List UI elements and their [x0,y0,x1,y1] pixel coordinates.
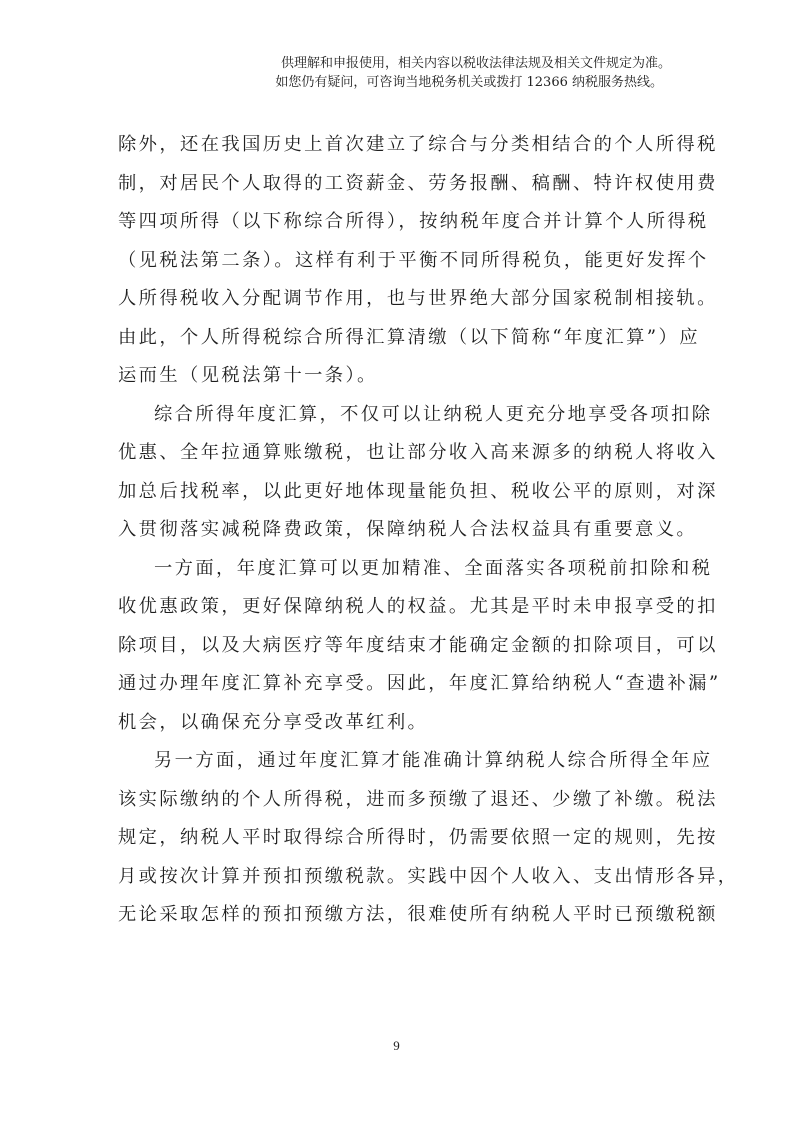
paragraph-3: 一方面，年度汇算可以更加精准、全面落实各项税前扣除和税 收优惠政策，更好保障纳税… [118,550,680,743]
text-line: 加总后找税率，以此更好地体现量能负担、税收公平的原则，对深 [118,473,680,512]
text-line: （见税法第二条）。这样有利于平衡不同所得税负，能更好发挥个 [118,242,680,281]
text-line: 等四项所得（以下称综合所得），按纳税年度合并计算个人所得税 [118,203,680,242]
text-line: 综合所得年度汇算，不仅可以让纳税人更充分地享受各项扣除 [118,396,680,435]
text-line: 除项目，以及大病医疗等年度结束才能确定金额的扣除项目，可以 [118,627,680,666]
text-line: 由此，个人所得税综合所得汇算清缴（以下简称“年度汇算”）应 [118,319,680,358]
text-line: 人所得税收入分配调节作用，也与世界绝大部分国家税制相接轨。 [118,280,680,319]
text-line: 通过办理年度汇算补充享受。因此，年度汇算给纳税人“查遗补漏” [118,665,680,704]
page-number: 9 [0,1038,793,1054]
page-header-disclaimer: 供理解和申报使用，相关内容以税收法律法规及相关文件规定为准。 如您仍有疑问，可咨… [275,54,671,92]
text-line: 另一方面，通过年度汇算才能准确计算纳税人综合所得全年应 [118,742,680,781]
text-line: 优惠、全年拉通算账缴税，也让部分收入高来源多的纳税人将收入 [118,434,680,473]
paragraph-2: 综合所得年度汇算，不仅可以让纳税人更充分地享受各项扣除 优惠、全年拉通算账缴税，… [118,396,680,550]
text-line: 月或按次计算并预扣预缴税款。实践中因个人收入、支出情形各异， [118,858,680,897]
text-line: 运而生（见税法第十一条）。 [118,357,680,396]
text-line: 该实际缴纳的个人所得税，进而多预缴了退还、少缴了补缴。税法 [118,781,680,820]
document-body: 除外，还在我国历史上首次建立了综合与分类相结合的个人所得税 制，对居民个人取得的… [118,126,680,935]
text-line: 收优惠政策，更好保障纳税人的权益。尤其是平时未申报享受的扣 [118,588,680,627]
header-line-2: 如您仍有疑问，可咨询当地税务机关或拨打 12366 纳税服务热线。 [275,73,671,92]
text-line: 一方面，年度汇算可以更加精准、全面落实各项税前扣除和税 [118,550,680,589]
text-line: 入贯彻落实减税降费政策，保障纳税人合法权益具有重要意义。 [118,511,680,550]
paragraph-1: 除外，还在我国历史上首次建立了综合与分类相结合的个人所得税 制，对居民个人取得的… [118,126,680,396]
header-line-1: 供理解和申报使用，相关内容以税收法律法规及相关文件规定为准。 [275,54,671,73]
paragraph-4: 另一方面，通过年度汇算才能准确计算纳税人综合所得全年应 该实际缴纳的个人所得税，… [118,742,680,935]
text-line: 机会，以确保充分享受改革红利。 [118,704,680,743]
text-line: 规定，纳税人平时取得综合所得时，仍需要依照一定的规则，先按 [118,819,680,858]
text-line: 除外，还在我国历史上首次建立了综合与分类相结合的个人所得税 [118,126,680,165]
text-line: 无论采取怎样的预扣预缴方法，很难使所有纳税人平时已预缴税额 [118,896,680,935]
text-line: 制，对居民个人取得的工资薪金、劳务报酬、稿酬、特许权使用费 [118,165,680,204]
